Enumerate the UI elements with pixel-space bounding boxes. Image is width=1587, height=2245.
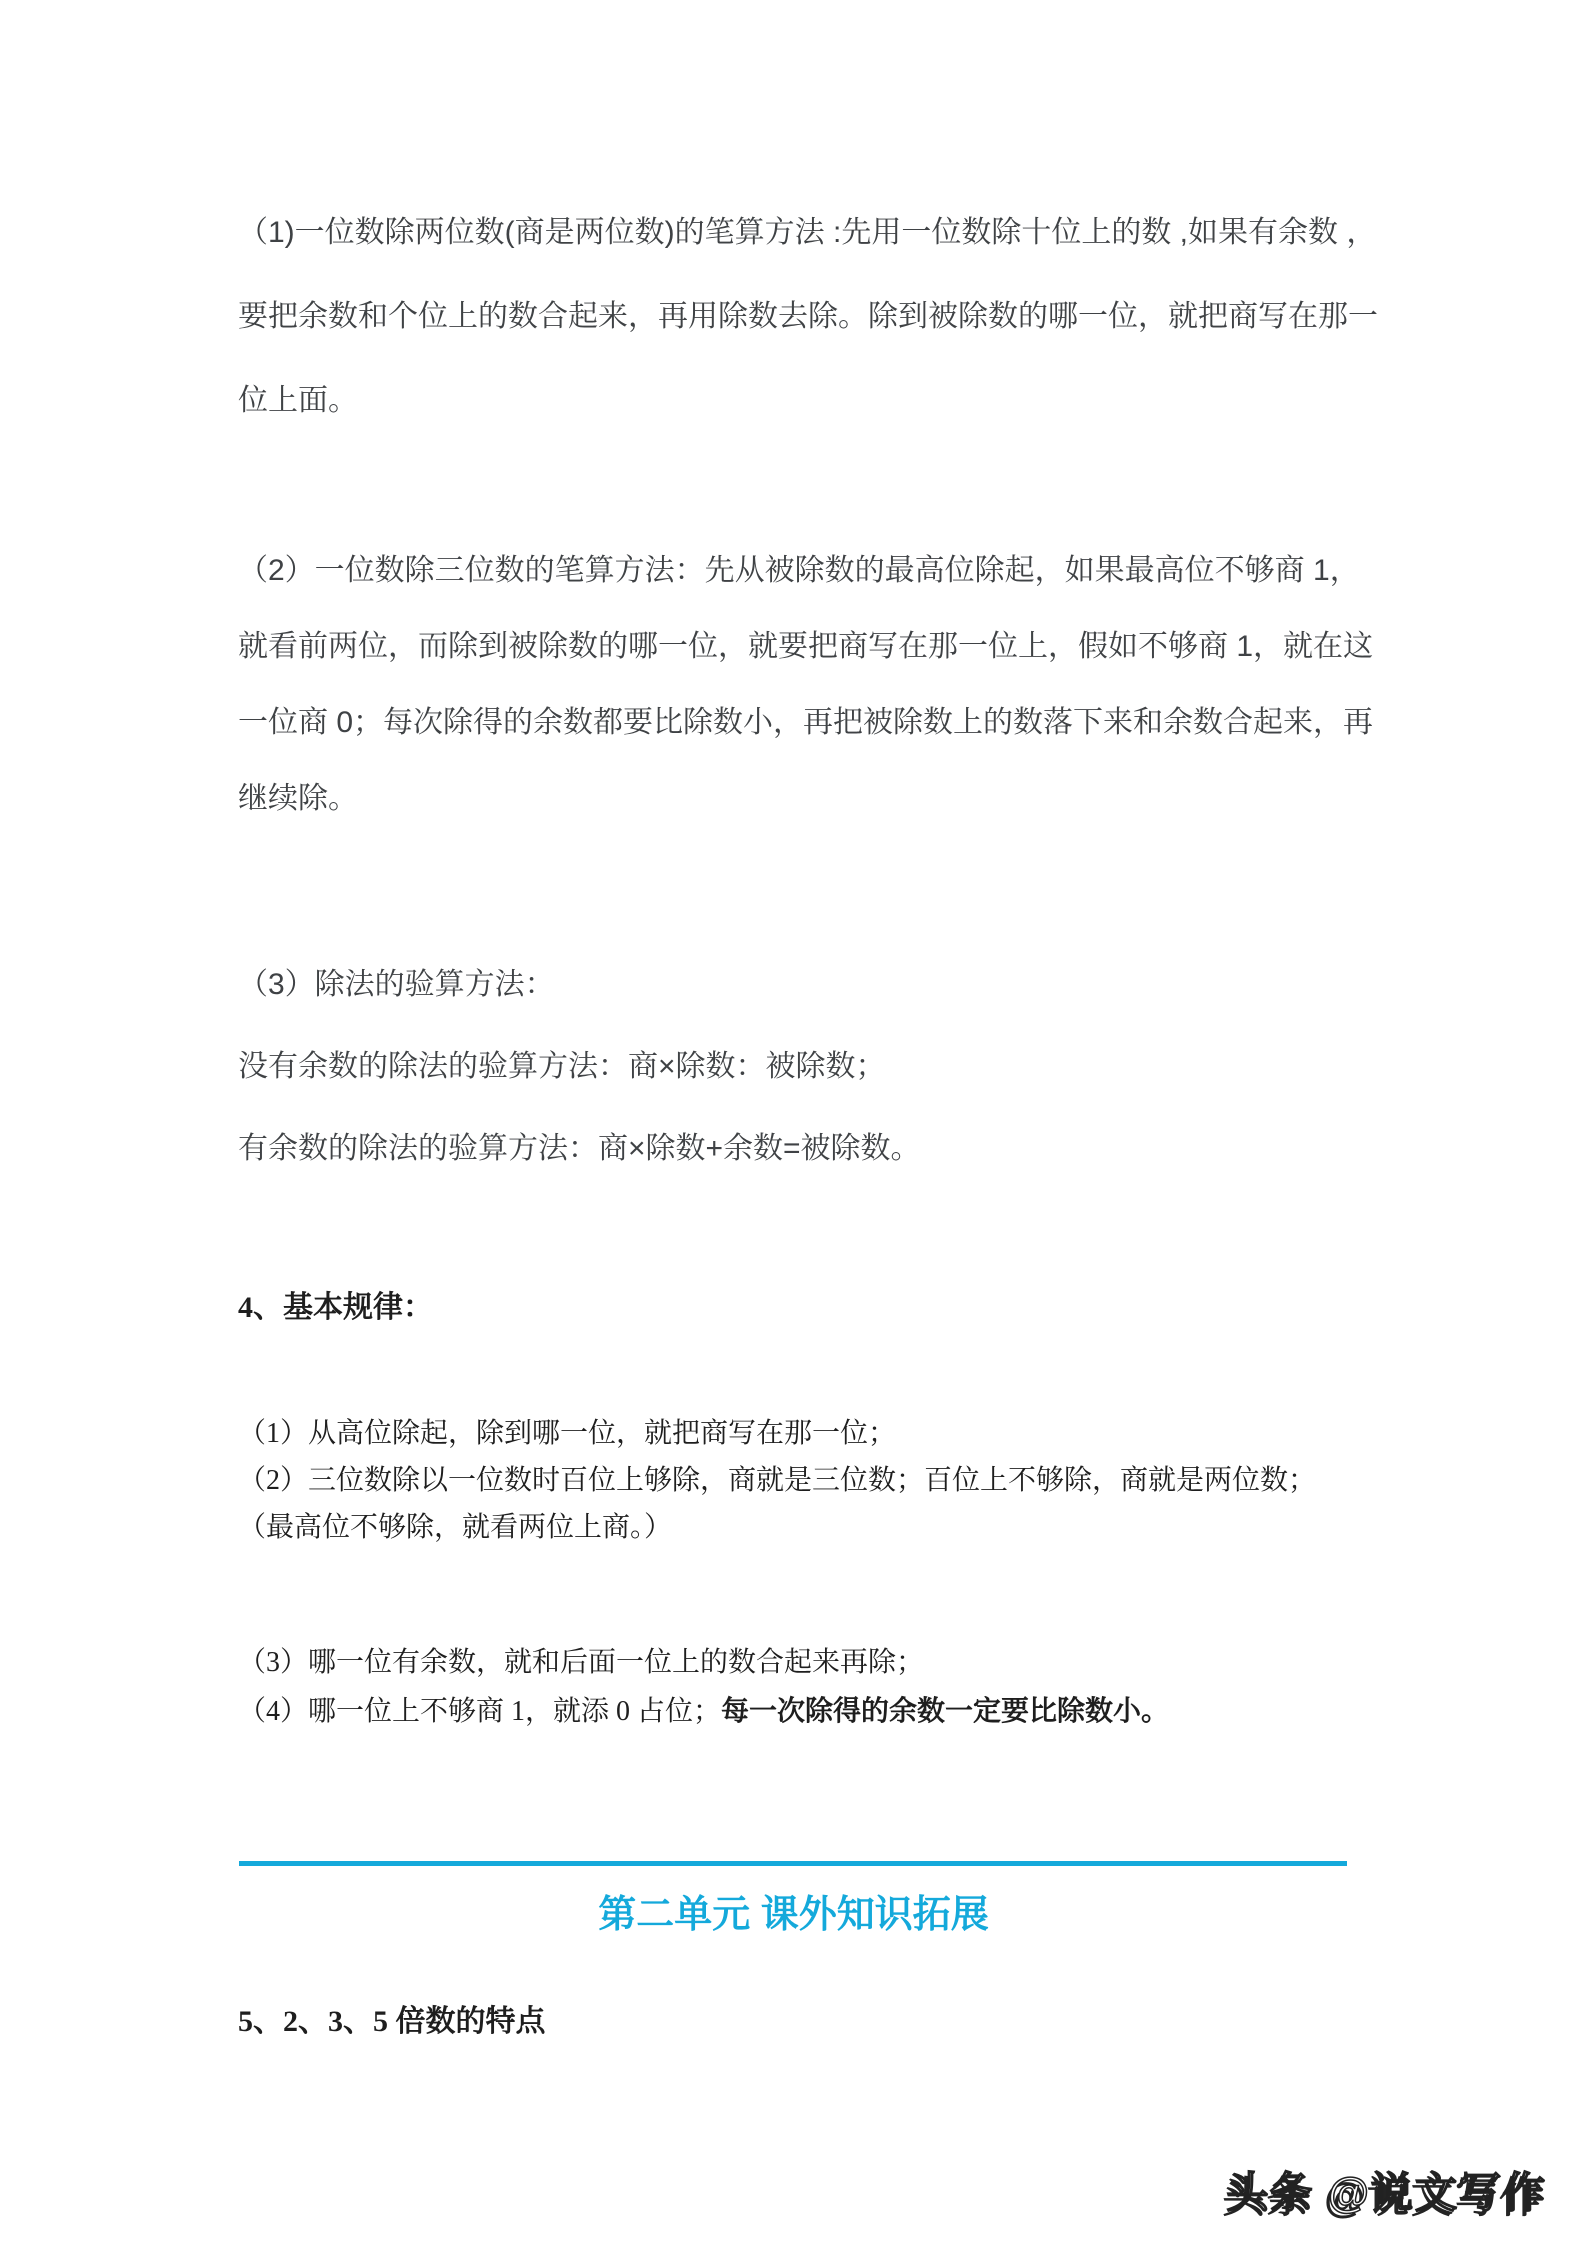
paragraph-division-two-digit: （1)一位数除两位数(商是两位数)的笔算方法 :先用一位数除十位上的数 ,如果有…: [238, 191, 1356, 443]
rule-item: （3）哪一位有余数，就和后面一位上的数合起来再除；: [238, 1638, 1363, 1687]
section-divider-rule: [239, 1861, 1347, 1866]
paragraph-line: （1)一位数除两位数(商是两位数)的笔算方法 :先用一位数除十位上的数 ,如果有…: [238, 191, 1356, 275]
paragraph-division-check: （3）除法的验算方法： 没有余数的除法的验算方法：商×除数：被除数； 有余数的除…: [238, 944, 1356, 1190]
paragraph-line: 一位商 0；每次除得的余数都要比除数小，再把被除数上的数落下来和余数合起来，再: [238, 685, 1356, 761]
unit-2-heading: 第二单元 课外知识拓展: [0, 1893, 1587, 1937]
basic-rules-list-1: （1）从高位除起，除到哪一位，就把商写在那一位； （2）三位数除以一位数时百位上…: [238, 1410, 1363, 1551]
rule-item: （4）哪一位上不够商 1，就添 0 占位；每一次除得的余数一定要比除数小。: [238, 1687, 1363, 1736]
section-4-title: 4、基本规律：: [238, 1288, 1363, 1328]
toutiao-watermark: 头条 @说文写作: [1226, 2160, 1547, 2220]
basic-rules-list-2: （3）哪一位有余数，就和后面一位上的数合起来再除； （4）哪一位上不够商 1，就…: [238, 1638, 1363, 1736]
paragraph-division-three-digit: （2）一位数除三位数的笔算方法：先从被除数的最高位除起，如果最高位不够商 1， …: [238, 533, 1356, 837]
rule-item-bold-text: 每一次除得的余数一定要比除数小。: [721, 1696, 1169, 1727]
paragraph-line: 就看前两位，而除到被除数的哪一位，就要把商写在那一位上，假如不够商 1，就在这: [238, 609, 1356, 685]
paragraph-line: 没有余数的除法的验算方法：商×除数：被除数；: [238, 1026, 1356, 1108]
rule-item: （2）三位数除以一位数时百位上够除，商就是三位数；百位上不够除，商就是两位数；: [238, 1457, 1363, 1504]
paragraph-line: 有余数的除法的验算方法：商×除数+余数=被除数。: [238, 1108, 1356, 1190]
rule-item: （1）从高位除起，除到哪一位，就把商写在那一位；: [238, 1410, 1363, 1457]
rule-item-normal-text: （4）哪一位上不够商 1，就添 0 占位；: [238, 1696, 721, 1727]
document-page: （1)一位数除两位数(商是两位数)的笔算方法 :先用一位数除十位上的数 ,如果有…: [0, 0, 1587, 2245]
paragraph-line: （3）除法的验算方法：: [238, 944, 1356, 1026]
paragraph-line: （2）一位数除三位数的笔算方法：先从被除数的最高位除起，如果最高位不够商 1，: [238, 533, 1356, 609]
rule-item: （最高位不够除，就看两位上商。）: [238, 1504, 1363, 1551]
paragraph-line: 继续除。: [238, 761, 1356, 837]
section-5-title: 5、2、3、5 倍数的特点: [238, 2002, 546, 2042]
paragraph-line: 位上面。: [238, 359, 1356, 443]
paragraph-line: 要把余数和个位上的数合起来，再用除数去除。除到被除数的哪一位，就把商写在那一: [238, 275, 1356, 359]
